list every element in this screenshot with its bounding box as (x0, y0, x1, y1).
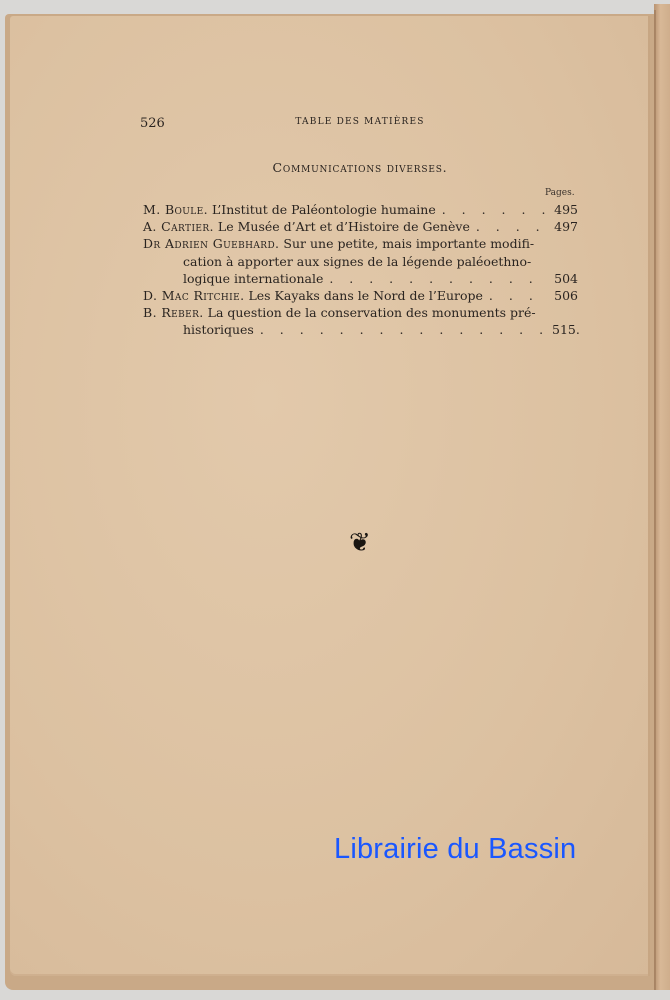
toc-author: B. Reber. (143, 304, 204, 321)
running-head: 526 Table des matières (140, 116, 580, 136)
toc-page-number: 504 (552, 270, 578, 287)
toc-page-number: 506 (552, 287, 578, 304)
toc-page-number: 497 (552, 218, 578, 235)
toc-author: D. Mac Ritchie. (143, 287, 244, 304)
toc-author: Dr Adrien Guebhard. (143, 235, 279, 252)
leader-dots: . . . . . . . . . . . . . . . . . . . . … (489, 287, 546, 304)
leader-dots: . . . . . . . . . . . . . . . . . . . . … (329, 270, 546, 287)
toc-title: Le Musée d’Art et d’Histoire de Genève (218, 218, 470, 235)
leader-dots: . . . . . . . . . . . . . . . . . . . . … (260, 321, 546, 338)
toc-entry-continuation: cation à apporter aux signes de la légen… (143, 253, 578, 270)
watermark-text: Librairie du Bassin (334, 833, 576, 866)
toc-entry: M. Boule. L’Institut de Paléontologie hu… (143, 201, 578, 218)
running-head-title: Table des matières (140, 117, 580, 127)
toc-title: Les Kayaks dans le Nord de l’Europe (248, 287, 482, 304)
toc-entry-continuation: logique internationale . . . . . . . . .… (143, 270, 578, 287)
toc-entry-continuation: historiques . . . . . . . . . . . . . . … (143, 321, 578, 338)
binding-thread (654, 10, 656, 990)
toc-title: L’Institut de Paléontologie humaine (212, 201, 436, 218)
toc-author: M. Boule. (143, 201, 208, 218)
toc-page-number: 495 (552, 201, 578, 218)
toc-title: cation à apporter aux signes de la légen… (183, 253, 531, 270)
page-edge (654, 4, 670, 990)
toc-title: logique internationale (183, 270, 323, 287)
toc-page-number: 515. (552, 321, 578, 338)
pages-column-label: Pages. (545, 188, 575, 198)
toc-entry: B. Reber. La question de la conservation… (143, 304, 578, 321)
leader-dots: . . . . . . . . . . . . . . . . . . . . … (476, 218, 546, 235)
leader-dots: . . . . . . . . . . . . . . . . . . . . … (442, 201, 546, 218)
section-title: Communications diverses. (140, 160, 580, 175)
toc-title: Sur une petite, mais importante modifi- (283, 235, 534, 252)
toc-author: A. Cartier. (143, 218, 214, 235)
toc-entry: Dr Adrien Guebhard. Sur une petite, mais… (143, 235, 578, 252)
table-of-contents: M. Boule. L’Institut de Paléontologie hu… (143, 201, 578, 339)
fleuron-icon: ❦ (349, 528, 371, 558)
toc-entry: D. Mac Ritchie. Les Kayaks dans le Nord … (143, 287, 578, 304)
toc-title: La question de la conservation des monum… (208, 304, 536, 321)
toc-entry: A. Cartier. Le Musée d’Art et d’Histoire… (143, 218, 578, 235)
toc-title: historiques (183, 321, 254, 338)
